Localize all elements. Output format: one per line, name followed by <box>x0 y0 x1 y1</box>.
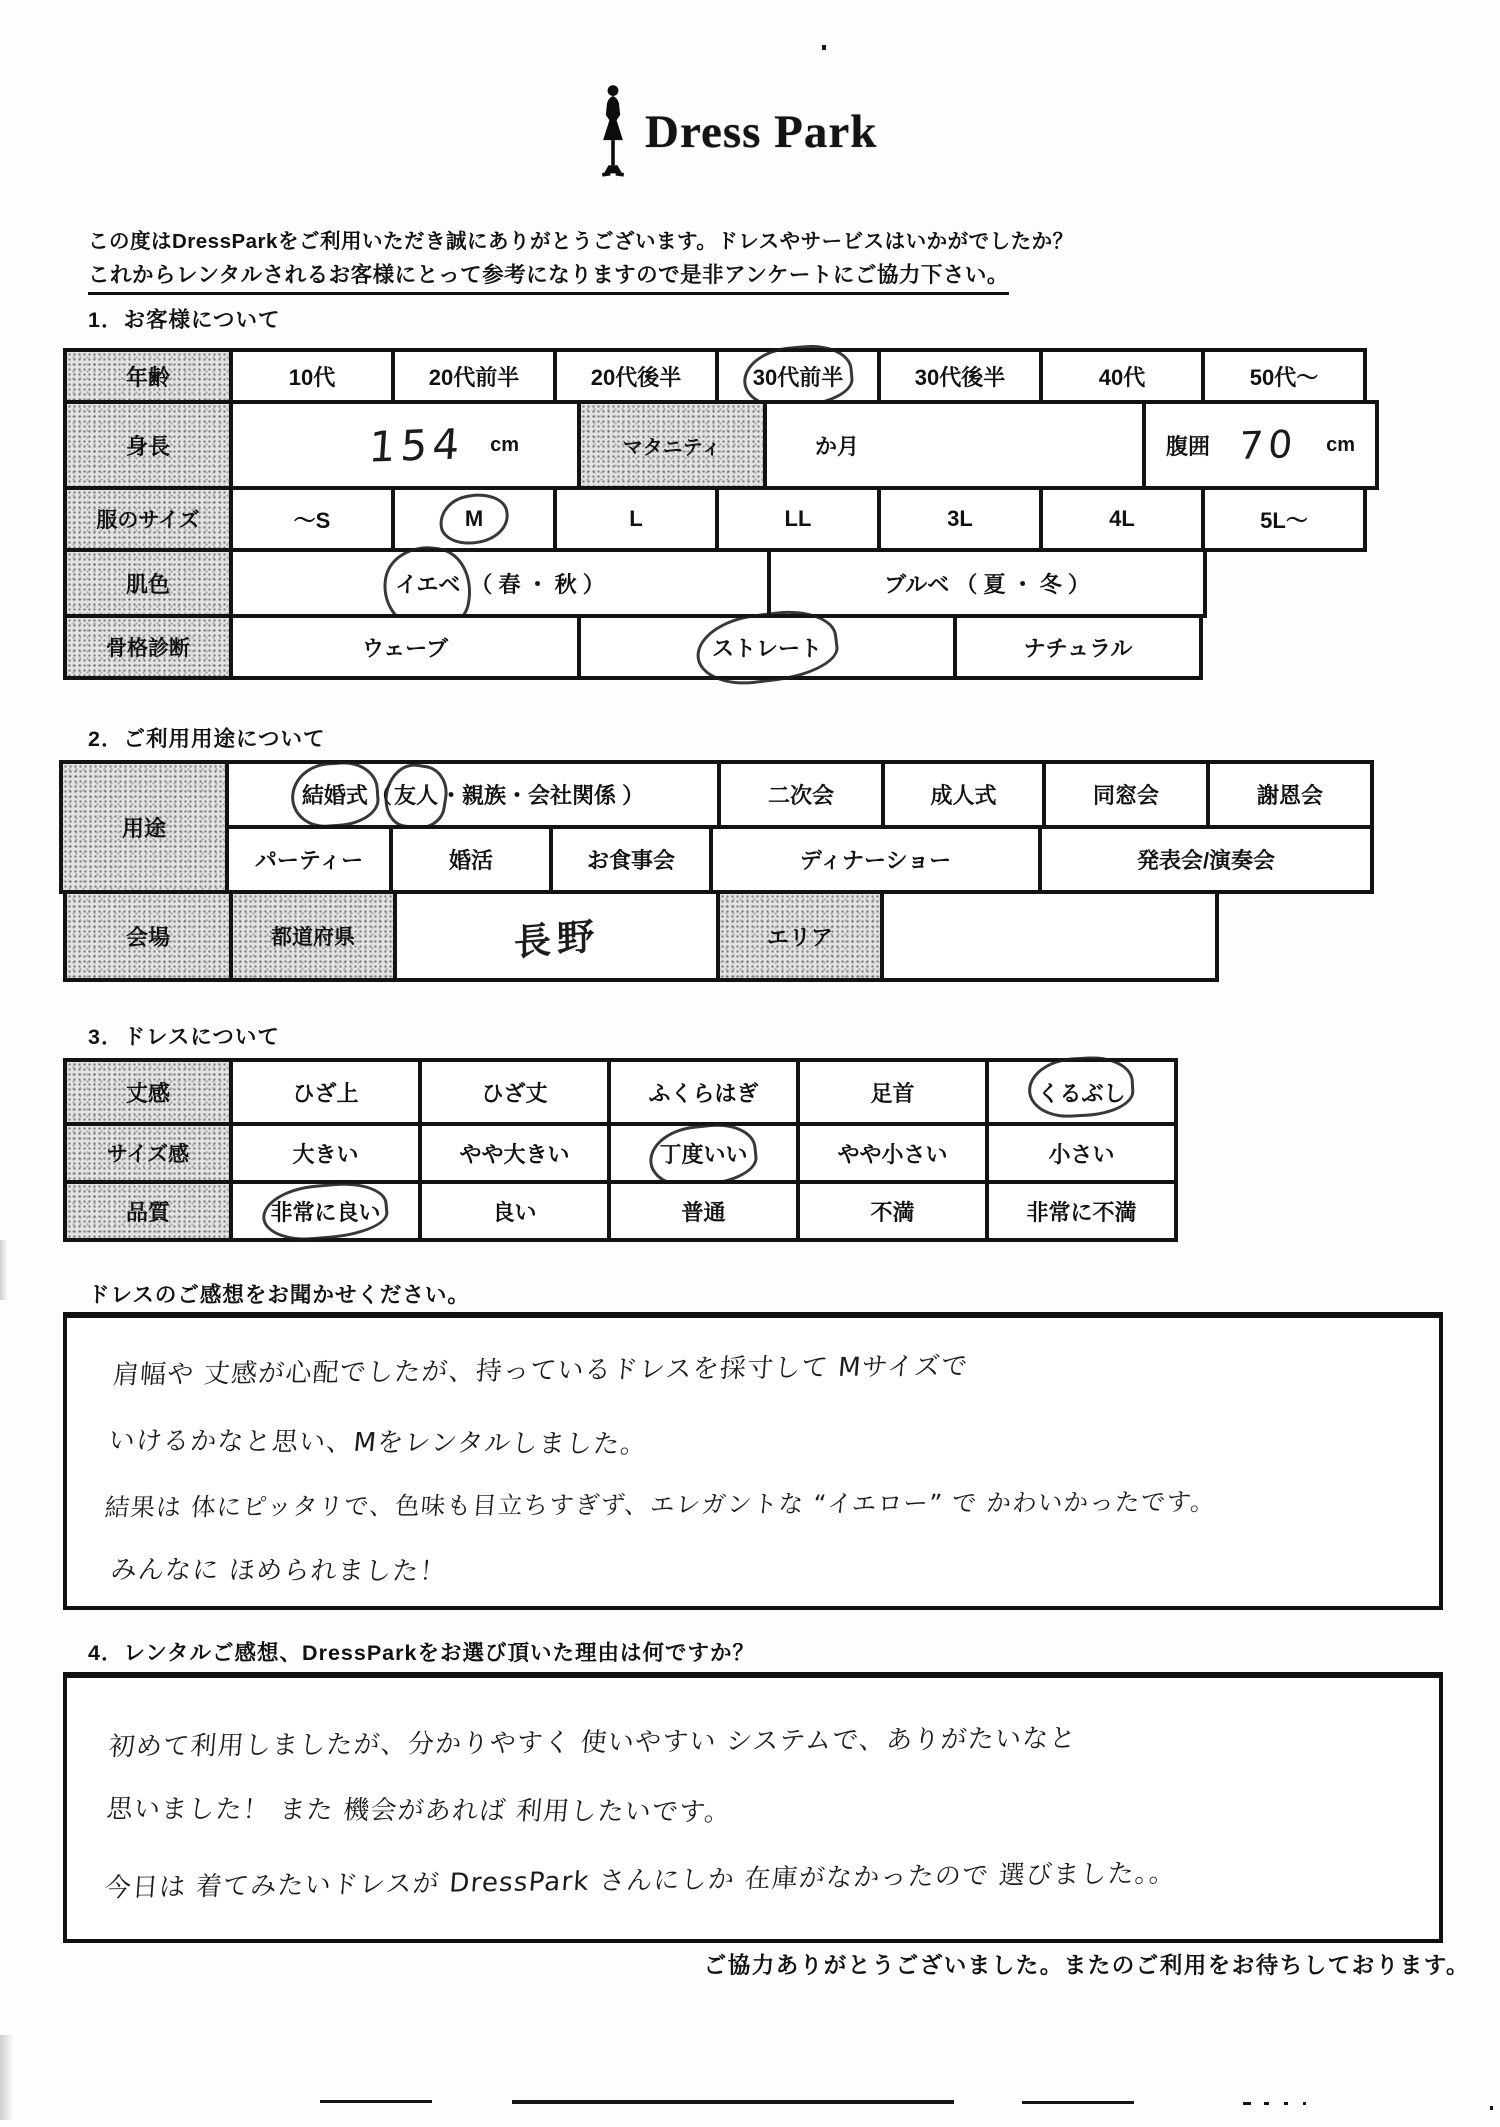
purpose-row-1: 結婚式 （ 友人 ・親族・会社関係 ） 二次会 成人式 同窓会 謝恩会 <box>225 760 1374 829</box>
height-row: 身長 154 cm マタニティ か月 腹囲 70 cm <box>63 400 1379 490</box>
handwritten-line: みんなに ほめられました！ <box>109 1549 448 1588</box>
scan-artifact-dot <box>1284 2102 1288 2105</box>
purpose-option: 二次会 <box>717 760 885 829</box>
skin-option-yellow: イエベ （ 春 ・ 秋 ） <box>229 548 771 618</box>
bone-option: ウェーブ <box>229 614 581 680</box>
age-option: 10代 <box>229 348 395 404</box>
purpose-option-wedding: 結婚式 （ 友人 ・親族・会社関係 ） <box>225 760 721 829</box>
maternity-label: マタニティ <box>577 400 767 490</box>
months-label: か月 <box>815 430 859 461</box>
bone-row: 骨格診断 ウェーブ ストレート ナチュラル <box>63 614 1379 680</box>
waist-value-handwritten: 70 <box>1237 422 1299 468</box>
height-unit: cm <box>490 434 519 457</box>
quality-option: 普通 <box>607 1180 800 1242</box>
logo: Dress Park <box>595 80 877 184</box>
fit-row: サイズ感 大きい やや大きい 丁度いい やや小さい 小さい <box>63 1122 1178 1184</box>
customer-info-table: 年齢 10代 20代前半 20代後半 30代前半 30代後半 40代 50代～ … <box>63 348 1379 680</box>
length-option: 足首 <box>796 1058 989 1126</box>
scan-artifact-streak <box>0 2035 14 2120</box>
section4-heading: 4．レンタルご感想、DressParkをお選び頂いた理由は何ですか？ <box>88 1636 755 1667</box>
purpose-option: 婚活 <box>389 825 553 894</box>
size-option: 5L～ <box>1201 486 1367 552</box>
fit-option: やや小さい <box>796 1122 989 1184</box>
quality-row: 品質 非常に良い 良い 普通 不満 非常に不満 <box>63 1180 1178 1242</box>
purpose-option: 同窓会 <box>1042 760 1210 829</box>
waist-cell: 腹囲 70 cm <box>1142 400 1379 490</box>
fit-option: 大きい <box>229 1122 422 1184</box>
age-option: 20代前半 <box>391 348 557 404</box>
prefecture-label: 都道府県 <box>229 890 397 982</box>
size-option: ～S <box>229 486 395 552</box>
intro-request-text: これからレンタルされるお客様にとって参考になりますので是非アンケートにご協力下さ… <box>88 258 1009 295</box>
age-option: 40代 <box>1039 348 1205 404</box>
scan-artifact-dot <box>1243 2102 1251 2105</box>
age-option: 50代～ <box>1201 348 1367 404</box>
area-label: エリア <box>716 890 884 982</box>
section2-heading: 2．ご利用用途について <box>88 722 326 753</box>
fit-option: やや大きい <box>418 1122 611 1184</box>
scan-artifact-streak <box>0 1240 8 1300</box>
size-option: LL <box>715 486 881 552</box>
handwritten-line: 肩幅や 丈感が心配でしたが、持っているドレスを採寸して Mサイズで <box>112 1346 971 1392</box>
size-row: 服のサイズ ～S M L LL 3L 4L 5L～ <box>63 486 1379 552</box>
section3-heading: 3．ドレスについて <box>88 1020 280 1051</box>
length-option: ひざ上 <box>229 1058 422 1126</box>
handwritten-line: いけるかなと思い、Mをレンタルしました。 <box>107 1420 649 1461</box>
reason-feedback-box: 初めて利用しましたが、分かりやすく 使いやすい システムで、ありがたいなと 思い… <box>63 1672 1443 1943</box>
quality-option: 非常に良い <box>229 1180 422 1242</box>
purpose-option: ディナーショー <box>709 825 1042 894</box>
scan-artifact-dot <box>1303 2102 1306 2105</box>
area-value-cell <box>880 890 1219 982</box>
size-option: 3L <box>877 486 1043 552</box>
dress-form-icon <box>595 80 631 184</box>
purpose-row-label: 用途 <box>59 760 229 894</box>
footer-thanks-text: ご協力ありがとうございました。またのご利用をお待ちしております。 <box>704 1948 1470 1980</box>
dress-rating-table: 丈感 ひざ上 ひざ丈 ふくらはぎ 足首 くるぶし サイズ感 大きい やや大きい … <box>63 1058 1178 1242</box>
dress-feedback-box: 肩幅や 丈感が心配でしたが、持っているドレスを採寸して Mサイズで いけるかなと… <box>63 1312 1443 1610</box>
prefecture-value-handwritten: 長野 <box>513 905 600 966</box>
size-option: 4L <box>1039 486 1205 552</box>
skin-row: 肌色 イエベ （ 春 ・ 秋 ） ブルベ （ 夏 ・ 冬 ） <box>63 548 1379 618</box>
length-option: くるぶし <box>985 1058 1178 1126</box>
dress-feedback-heading: ドレスのご感想をお聞かせください。 <box>88 1278 470 1309</box>
skin-row-label: 肌色 <box>63 548 233 618</box>
purpose-option: 発表会/演奏会 <box>1038 825 1374 894</box>
purpose-option: 謝恩会 <box>1206 760 1374 829</box>
length-row: 丈感 ひざ上 ひざ丈 ふくらはぎ 足首 くるぶし <box>63 1058 1178 1126</box>
intro-thanks-text: この度はDressParkをご利用いただき誠にありがとうございます。ドレスやサー… <box>88 224 1074 254</box>
quality-option: 非常に不満 <box>985 1180 1178 1242</box>
handwritten-line: 今日は 着てみたいドレスが DressPark さんにしか 在庫がなかったので … <box>104 1852 1178 1904</box>
waist-label: 腹囲 <box>1166 430 1210 461</box>
fit-option: 小さい <box>985 1122 1178 1184</box>
section1-heading: 1．お客様について <box>88 303 281 334</box>
size-option: M <box>391 486 557 552</box>
quality-row-label: 品質 <box>63 1180 233 1242</box>
age-option: 20代後半 <box>553 348 719 404</box>
height-row-label: 身長 <box>63 400 233 490</box>
scanned-survey-page: Dress Park この度はDressParkをご利用いただき誠にありがとうご… <box>0 0 1500 2127</box>
venue-row: 会場 都道府県 長野 エリア <box>63 890 1374 982</box>
bone-option: ナチュラル <box>953 614 1203 680</box>
fit-option: 丁度いい <box>607 1122 800 1184</box>
size-option: L <box>553 486 719 552</box>
bone-option: ストレート <box>577 614 957 680</box>
age-row-label: 年齢 <box>63 348 233 404</box>
size-row-label: 服のサイズ <box>63 486 233 552</box>
quality-option: 良い <box>418 1180 611 1242</box>
prefecture-value-cell: 長野 <box>393 890 720 982</box>
handwritten-line: 初めて利用しましたが、分かりやすく 使いやすい システムで、ありがたいなと <box>108 1718 1079 1763</box>
length-option: ふくらはぎ <box>607 1058 800 1126</box>
venue-row-label: 会場 <box>63 890 233 982</box>
scan-artifact-dot <box>1264 2102 1269 2105</box>
bone-row-label: 骨格診断 <box>63 614 233 680</box>
purpose-option: 成人式 <box>881 760 1046 829</box>
waist-unit: cm <box>1326 434 1355 457</box>
maternity-months-cell: か月 <box>763 400 1146 490</box>
scan-artifact-dot <box>1490 2106 1493 2110</box>
fit-row-label: サイズ感 <box>63 1122 233 1184</box>
scan-artifact-line <box>1022 2101 1134 2104</box>
height-value-handwritten: 154 <box>367 419 466 471</box>
scan-artifact-dot <box>822 45 826 50</box>
quality-option: 不満 <box>796 1180 989 1242</box>
length-option: ひざ丈 <box>418 1058 611 1126</box>
age-option: 30代前半 <box>715 348 881 404</box>
purpose-row-2: パーティー 婚活 お食事会 ディナーショー 発表会/演奏会 <box>225 825 1374 894</box>
usage-table: 用途 結婚式 （ 友人 ・親族・会社関係 ） 二次会 成人式 同窓会 謝恩会 パ… <box>63 760 1374 982</box>
scan-artifact-line <box>320 2100 432 2103</box>
age-option: 30代後半 <box>877 348 1043 404</box>
age-row: 年齢 10代 20代前半 20代後半 30代前半 30代後半 40代 50代～ <box>63 348 1379 404</box>
height-value-cell: 154 cm <box>229 400 581 490</box>
skin-option-blue: ブルベ （ 夏 ・ 冬 ） <box>767 548 1207 618</box>
handwritten-line: 思いました！ また 機会があれば 利用したいです。 <box>105 1788 733 1828</box>
purpose-option: パーティー <box>225 825 393 894</box>
handwritten-line: 結果は 体にピッタリで、色味も目立ちすぎず、エレガントな “イエロー” で かわ… <box>104 1483 1218 1524</box>
scan-artifact-line <box>512 2100 954 2104</box>
purpose-option: お食事会 <box>549 825 713 894</box>
length-row-label: 丈感 <box>63 1058 233 1126</box>
brand-text: Dress Park <box>645 105 877 159</box>
